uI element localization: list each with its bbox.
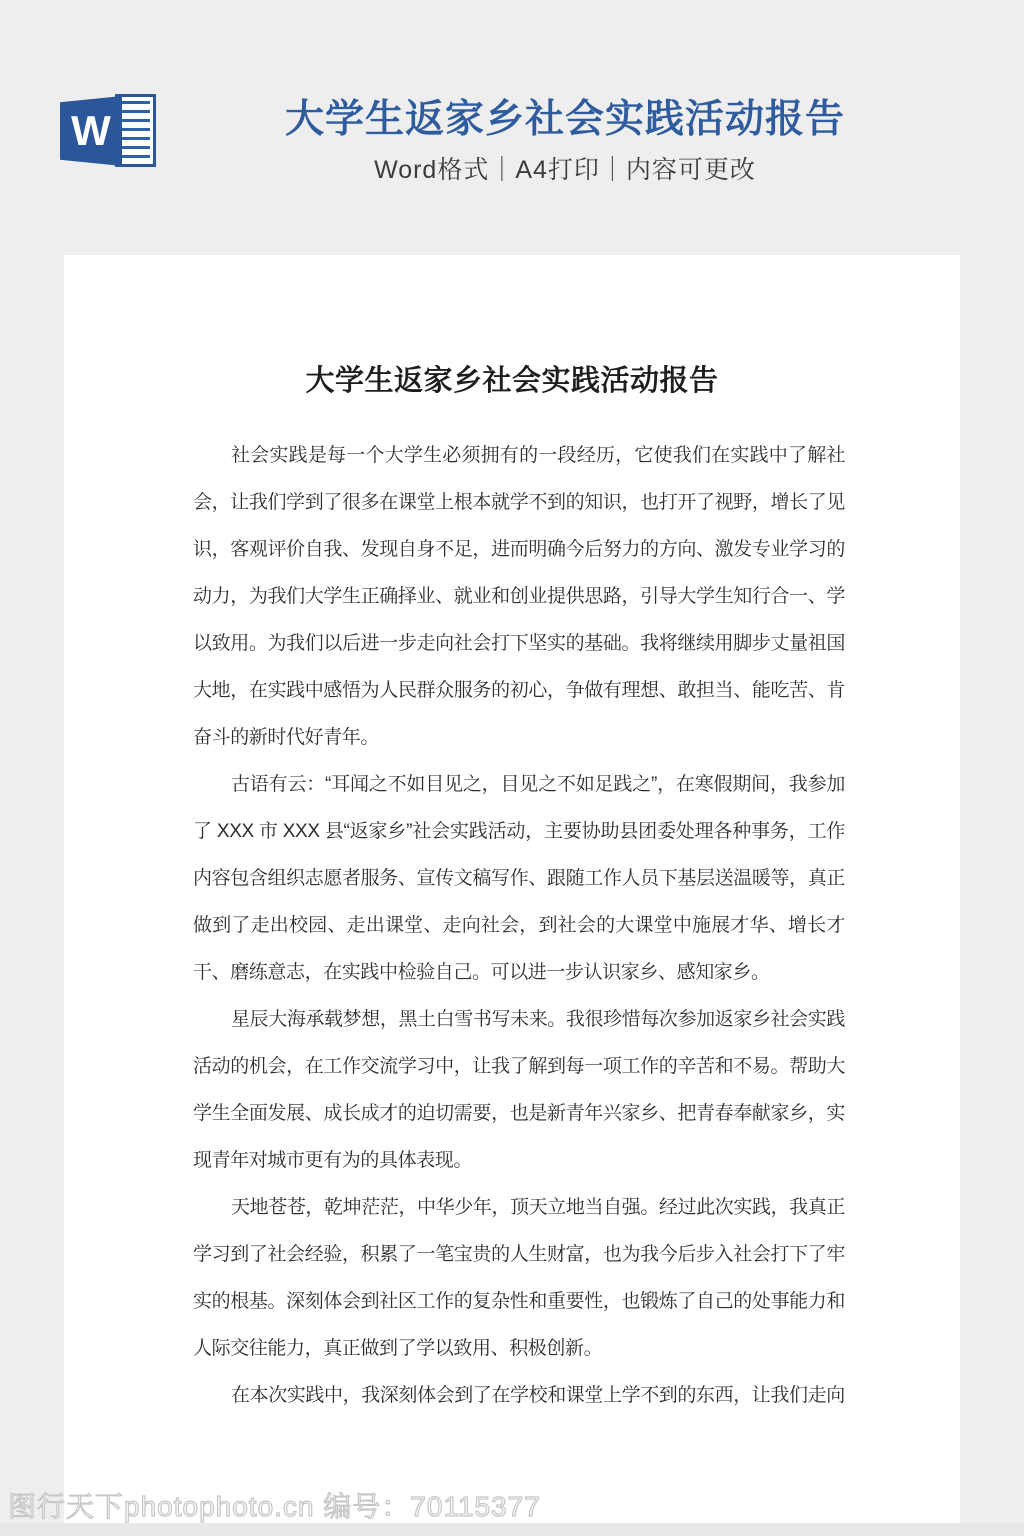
doc-body: 社会实践是每一个大学生必须拥有的一段经历，它使我们在实践中了解社会，让我们学到了… bbox=[193, 432, 845, 1419]
doc-paragraph: 社会实践是每一个大学生必须拥有的一段经历，它使我们在实践中了解社会，让我们学到了… bbox=[193, 432, 845, 761]
document-title: 大学生返家乡社会实践活动报告 bbox=[104, 361, 920, 401]
template-subtitle: Word格式｜A4打印｜内容可更改 bbox=[110, 155, 1020, 185]
watermark-text: 图行天下photophoto.cn 编号：70115377 bbox=[8, 1490, 541, 1524]
doc-paragraph: 古语有云：“耳闻之不如目见之，目见之不如足践之”，在寒假期间，我参加了 XXX … bbox=[193, 761, 845, 996]
bottom-strip bbox=[0, 1523, 1024, 1536]
header-text-block: 大学生返家乡社会实践活动报告 Word格式｜A4打印｜内容可更改 bbox=[110, 0, 1020, 185]
doc-paragraph: 星辰大海承载梦想，黑土白雪书写未来。我很珍惜每次参加返家乡社会实践活动的机会，在… bbox=[193, 996, 845, 1184]
doc-paragraph: 天地苍苍，乾坤茫茫，中华少年，顶天立地当自强。经过此次实践，我真正学习到了社会经… bbox=[193, 1184, 845, 1372]
document-page: 大学生返家乡社会实践活动报告 社会实践是每一个大学生必须拥有的一段经历，它使我们… bbox=[64, 255, 960, 1523]
doc-paragraph: 在本次实践中，我深刻体会到了在学校和课堂上学不到的东西，让我们走向 bbox=[193, 1372, 845, 1419]
word-icon-letter: W bbox=[71, 110, 111, 152]
header-banner: W 大学生返家乡社会实践活动报告 Word格式｜A4打印｜内容可更改 bbox=[0, 0, 1024, 255]
template-title: 大学生返家乡社会实践活动报告 bbox=[110, 95, 1020, 145]
